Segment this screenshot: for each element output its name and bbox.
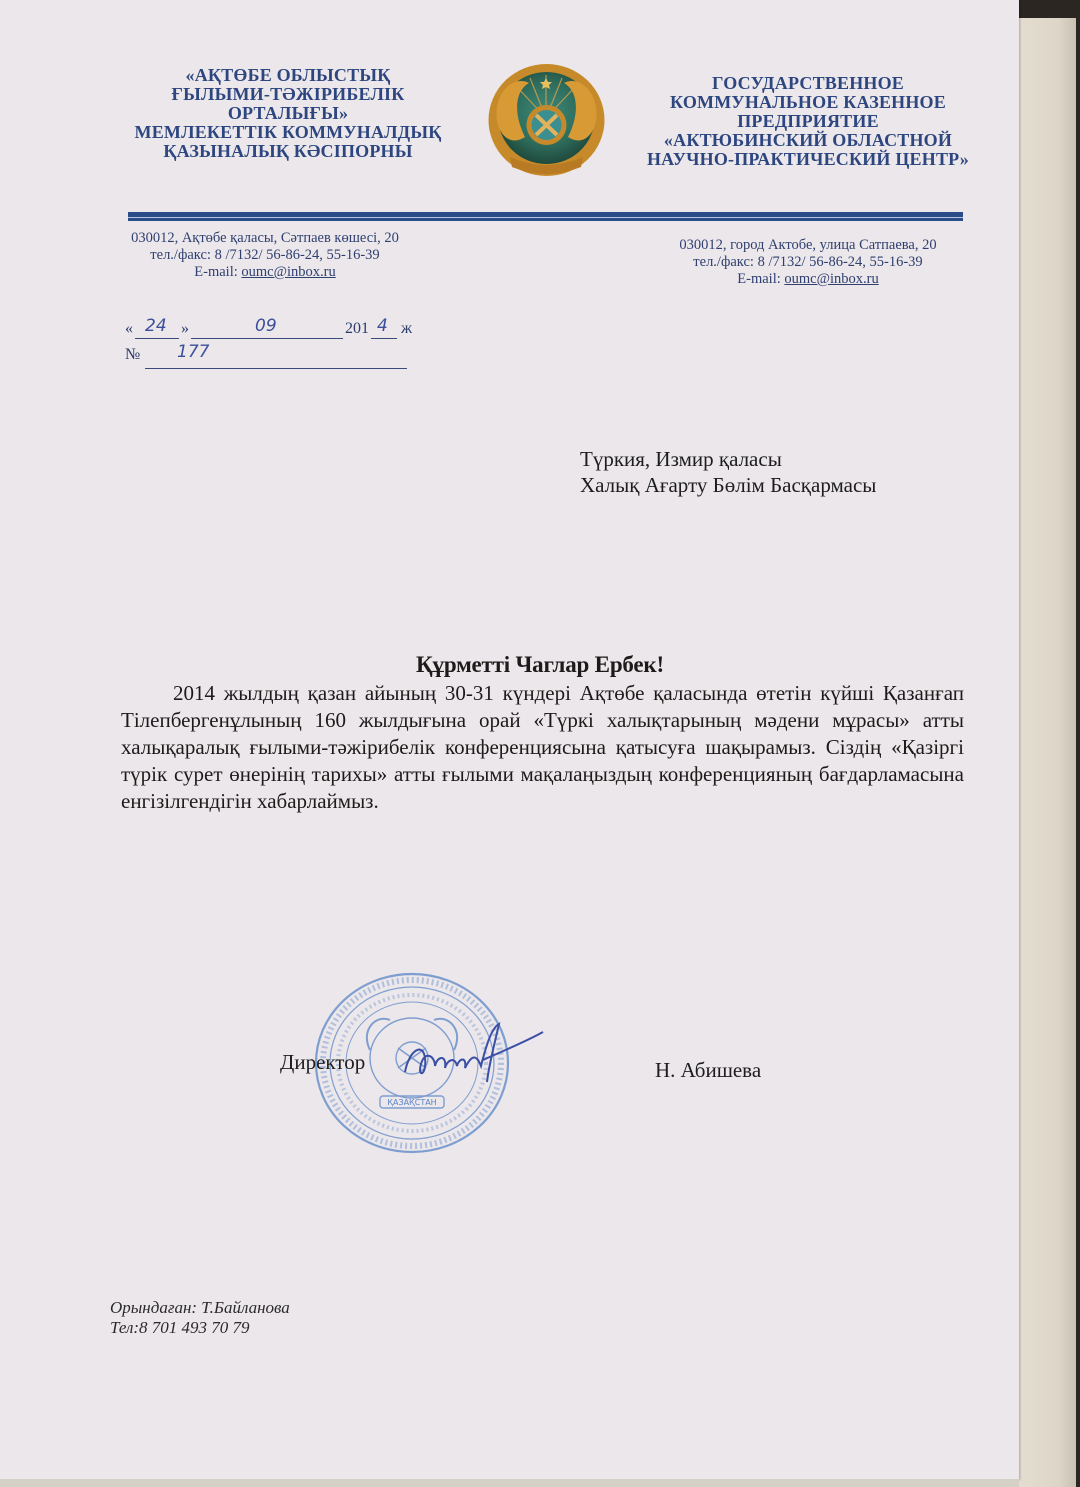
email-line: E-mail: oumc@inbox.ru xyxy=(648,271,968,288)
email-label: E-mail: xyxy=(737,271,784,287)
handwritten-signature-icon xyxy=(395,1020,545,1090)
org-name-line: ҒЫЛЫМИ-ТӘЖІРИБЕЛІК xyxy=(118,85,458,104)
org-name-line: ОРТАЛЫҒЫ» xyxy=(118,104,458,123)
signatory-title: Директор xyxy=(280,1050,365,1075)
date-year-unit: ж xyxy=(401,320,412,338)
letter-page: «АҚТӨБЕ ОБЛЫСТЫҚ ҒЫЛЫМИ-ТӘЖІРИБЕЛІК ОРТА… xyxy=(0,0,1019,1480)
date-open-quote: « xyxy=(125,320,133,338)
state-emblem-icon xyxy=(485,61,608,179)
org-name-line: НАУЧНО-ПРАКТИЧЕСКИЙ ЦЕНТР» xyxy=(628,150,988,169)
date-year-prefix: 201 xyxy=(345,320,369,338)
org-name-kazakh: «АҚТӨБЕ ОБЛЫСТЫҚ ҒЫЛЫМИ-ТӘЖІРИБЕЛІК ОРТА… xyxy=(118,66,458,161)
date-row: « 24 » 09 201 4 ж xyxy=(125,320,415,344)
address-line: 030012, город Актобе, улица Сатпаева, 20 xyxy=(648,237,968,254)
email-line: E-mail: oumc@inbox.ru xyxy=(115,264,415,281)
executor-name: Орындаған: Т.Байланова xyxy=(110,1298,290,1318)
org-name-line: КОММУНАЛЬНОЕ КАЗЕННОЕ xyxy=(628,93,988,112)
date-close-quote: » xyxy=(181,320,189,338)
email-label: E-mail: xyxy=(194,264,241,280)
phone-line: тел./факс: 8 /7132/ 56-86-24, 55-16-39 xyxy=(115,247,415,264)
address-russian: 030012, город Актобе, улица Сатпаева, 20… xyxy=(648,237,968,288)
phone-line: тел./факс: 8 /7132/ 56-86-24, 55-16-39 xyxy=(648,254,968,271)
date-year-suffix: 4 xyxy=(377,316,388,336)
org-name-line: «АКТЮБИНСКИЙ ОБЛАСТНОЙ xyxy=(628,131,988,150)
svg-text:ҚАЗАҚСТАН: ҚАЗАҚСТАН xyxy=(387,1098,436,1107)
reference-block: « 24 » 09 201 4 ж № 177 xyxy=(125,320,415,370)
salutation: Құрметті Чаглар Ербек! xyxy=(0,652,1080,678)
letter-body: 2014 жылдың қазан айының 30-31 күндері А… xyxy=(121,680,964,815)
org-name-line: «АҚТӨБЕ ОБЛЫСТЫҚ xyxy=(118,66,458,85)
background-page-edge xyxy=(1018,18,1076,1487)
org-name-russian: ГОСУДАРСТВЕННОЕ КОММУНАЛЬНОЕ КАЗЕННОЕ ПР… xyxy=(628,74,988,169)
recipient-block: Түркия, Измир қаласы Халық Ағарту Бөлім … xyxy=(580,446,876,498)
address-kazakh: 030012, Ақтөбе қаласы, Сәтпаев көшесі, 2… xyxy=(115,230,415,281)
letterhead-divider xyxy=(128,212,963,221)
address-line: 030012, Ақтөбе қаласы, Сәтпаев көшесі, 2… xyxy=(115,230,415,247)
number-row: № 177 xyxy=(125,346,415,370)
org-name-line: ПРЕДПРИЯТИЕ xyxy=(628,112,988,131)
recipient-department: Халық Ағарту Бөлім Басқармасы xyxy=(580,472,876,498)
signatory-name: Н. Абишева xyxy=(655,1058,761,1083)
recipient-city: Түркия, Измир қаласы xyxy=(580,446,876,472)
executor-block: Орындаған: Т.Байланова Тел:8 701 493 70 … xyxy=(110,1298,290,1338)
document-number: 177 xyxy=(177,342,209,362)
number-label: № xyxy=(125,346,140,364)
date-day: 24 xyxy=(145,316,167,336)
org-name-line: ҚАЗЫНАЛЫҚ КӘСІПОРНЫ xyxy=(118,142,458,161)
email-link[interactable]: oumc@inbox.ru xyxy=(241,264,335,280)
org-name-line: ГОСУДАРСТВЕННОЕ xyxy=(628,74,988,93)
executor-phone: Тел:8 701 493 70 79 xyxy=(110,1318,290,1338)
email-link[interactable]: oumc@inbox.ru xyxy=(784,271,878,287)
org-name-line: МЕМЛЕКЕТТІК КОММУНАЛДЫҚ xyxy=(118,123,458,142)
date-month: 09 xyxy=(255,316,277,336)
page-bottom-edge xyxy=(0,1479,1019,1487)
